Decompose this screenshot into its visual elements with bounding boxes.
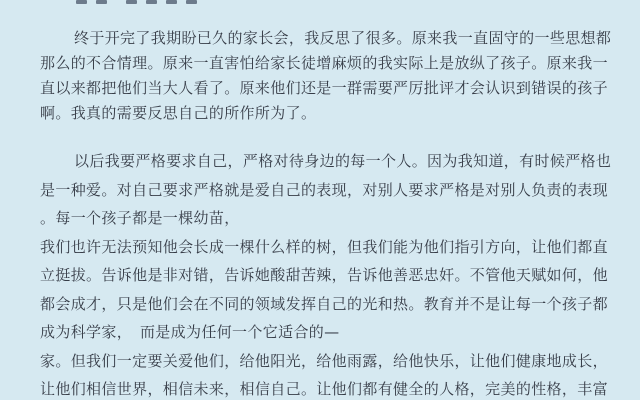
clipped-text-remnant xyxy=(126,0,137,4)
clipped-text-remnant xyxy=(76,0,87,4)
text-line: 我们也许无法预知他会长成一棵什么样的树，但我们能为他们指引方向，让他们都直 xyxy=(40,233,618,262)
text-line: 。每一个孩子都是一棵幼苗， xyxy=(40,204,618,233)
clipped-text-remnant xyxy=(96,0,107,4)
text-line: 以后我要严格要求自己，严格对待身边的每一个人。因为我知道，有时候严格也 xyxy=(40,147,618,176)
text-line: 家。但我们一定要关爱他们，给他阳光，给他雨露，给他快乐，让他们健康地成长， xyxy=(40,347,618,376)
text-line: 都会成才，只是他们会在不同的领域发挥自己的光和热。教育并不是让每一个孩子都 xyxy=(40,290,618,319)
text-line: 直以来都把他们当大人看了。原来他们还是一群需要严厉批评才会认识到错误的孩子 xyxy=(40,76,618,101)
text-line: 是一种爱。对自己要求严格就是爱自己的表现，对别人要求严格是对别人负责的表现 xyxy=(40,176,618,205)
text-line: 终于开完了我期盼已久的家长会，我反思了很多。原来我一直固守的一些思想都 xyxy=(40,26,618,51)
paragraph: 以后我要严格要求自己，严格对待身边的每一个人。因为我知道，有时候严格也是一种爱。… xyxy=(40,147,618,400)
text-line: 成为科学家， 而是成为任何一个它适合的— xyxy=(40,318,618,347)
text-line: 那么的不合情理。原来一直害怕给家长徒增麻烦的我实际上是放纵了孩子。原来我一 xyxy=(40,51,618,76)
clipped-text-remnant xyxy=(166,0,177,4)
text-line: 让他们相信世界，相信未来，相信自己。让他们都有健全的人格，完美的性格，丰富 xyxy=(40,375,618,400)
paragraph: 终于开完了我期盼已久的家长会，我反思了很多。原来我一直固守的一些思想都那么的不合… xyxy=(40,26,618,126)
essay-page: 终于开完了我期盼已久的家长会，我反思了很多。原来我一直固守的一些思想都那么的不合… xyxy=(0,0,640,400)
clipped-text-remnant xyxy=(146,0,157,4)
text-line: 立挺拔。告诉他是非对错，告诉她酸甜苦辣，告诉他善恶忠奸。不管他天赋如何，他 xyxy=(40,261,618,290)
text-line: 啊。我真的需要反思自己的所作所为了。 xyxy=(40,101,618,126)
clipped-text-remnant xyxy=(186,0,197,4)
